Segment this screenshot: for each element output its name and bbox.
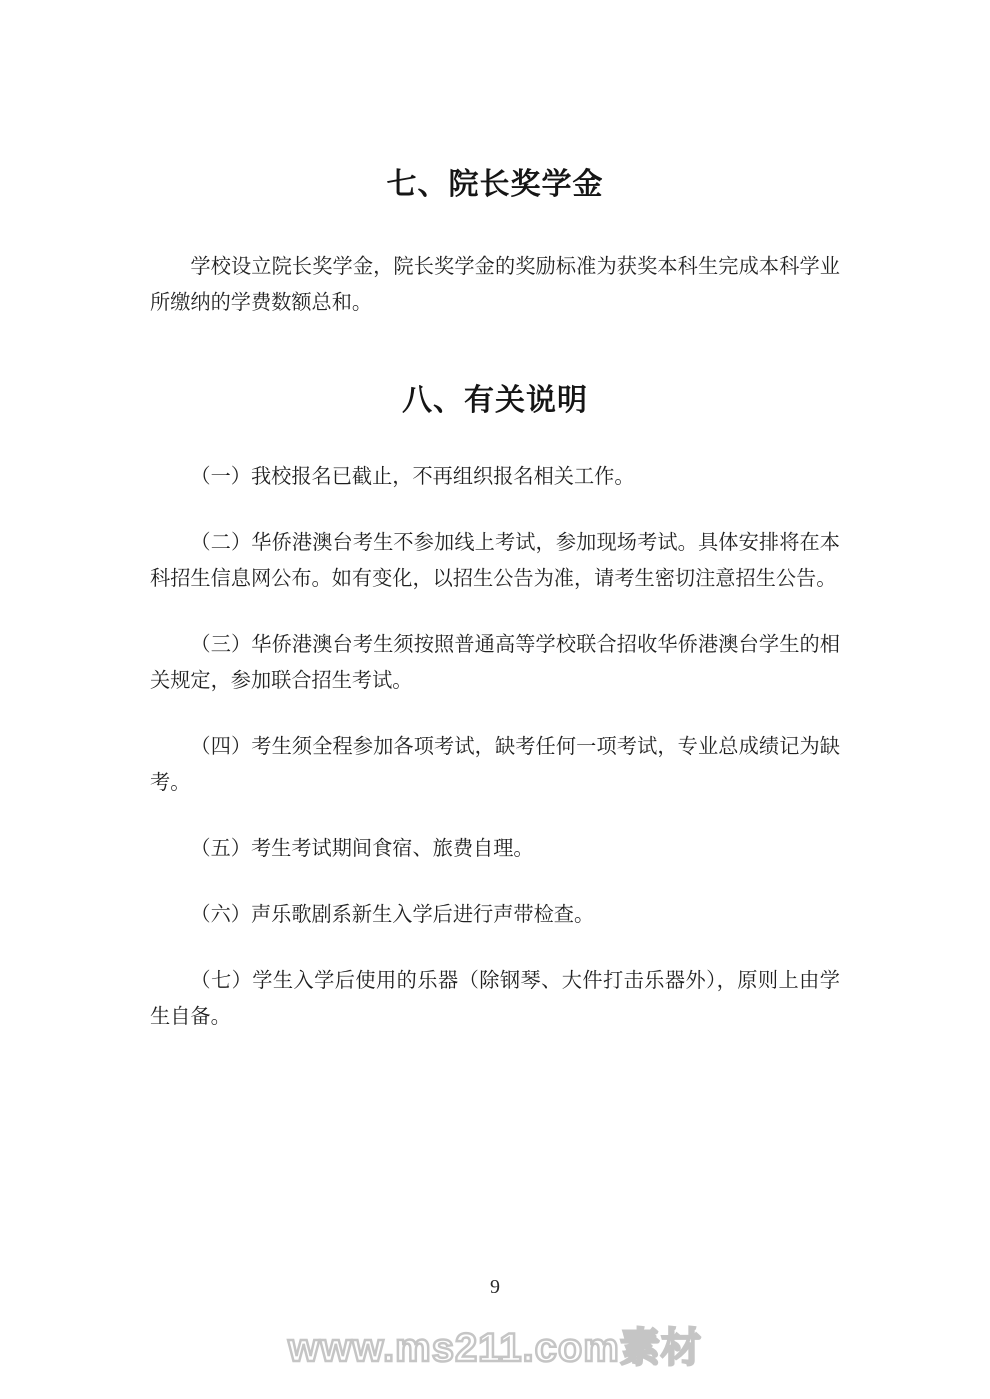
note-item-5: （五）考生考试期间食宿、旅费自理。	[150, 831, 840, 867]
page-number: 9	[0, 1276, 990, 1299]
note-item-6: （六）声乐歌剧系新生入学后进行声带检查。	[150, 897, 840, 933]
note-item-4: （四）考生须全程参加各项考试，缺考任何一项考试，专业总成绩记为缺考。	[150, 729, 840, 801]
note-item-7: （七）学生入学后使用的乐器（除钢琴、大件打击乐器外），原则上由学生自备。	[150, 963, 840, 1035]
dean-scholarship-paragraph: 学校设立院长奖学金，院长奖学金的奖励标准为获奖本科生完成本科学业所缴纳的学费数额…	[150, 249, 840, 321]
section-title-related-notes: 八、有关说明	[150, 381, 840, 421]
document-page: 七、院长奖学金 学校设立院长奖学金，院长奖学金的奖励标准为获奖本科生完成本科学业…	[150, 0, 840, 1399]
watermark: www.ms211.com素材	[0, 1316, 990, 1373]
note-item-2: （二）华侨港澳台考生不参加线上考试，参加现场考试。具体安排将在本科招生信息网公布…	[150, 525, 840, 597]
notes-list: （一）我校报名已截止，不再组织报名相关工作。 （二）华侨港澳台考生不参加线上考试…	[150, 459, 840, 1035]
note-item-3: （三）华侨港澳台考生须按照普通高等学校联合招收华侨港澳台学生的相关规定，参加联合…	[150, 627, 840, 699]
section-title-dean-scholarship: 七、院长奖学金	[150, 165, 840, 205]
note-item-1: （一）我校报名已截止，不再组织报名相关工作。	[150, 459, 840, 495]
